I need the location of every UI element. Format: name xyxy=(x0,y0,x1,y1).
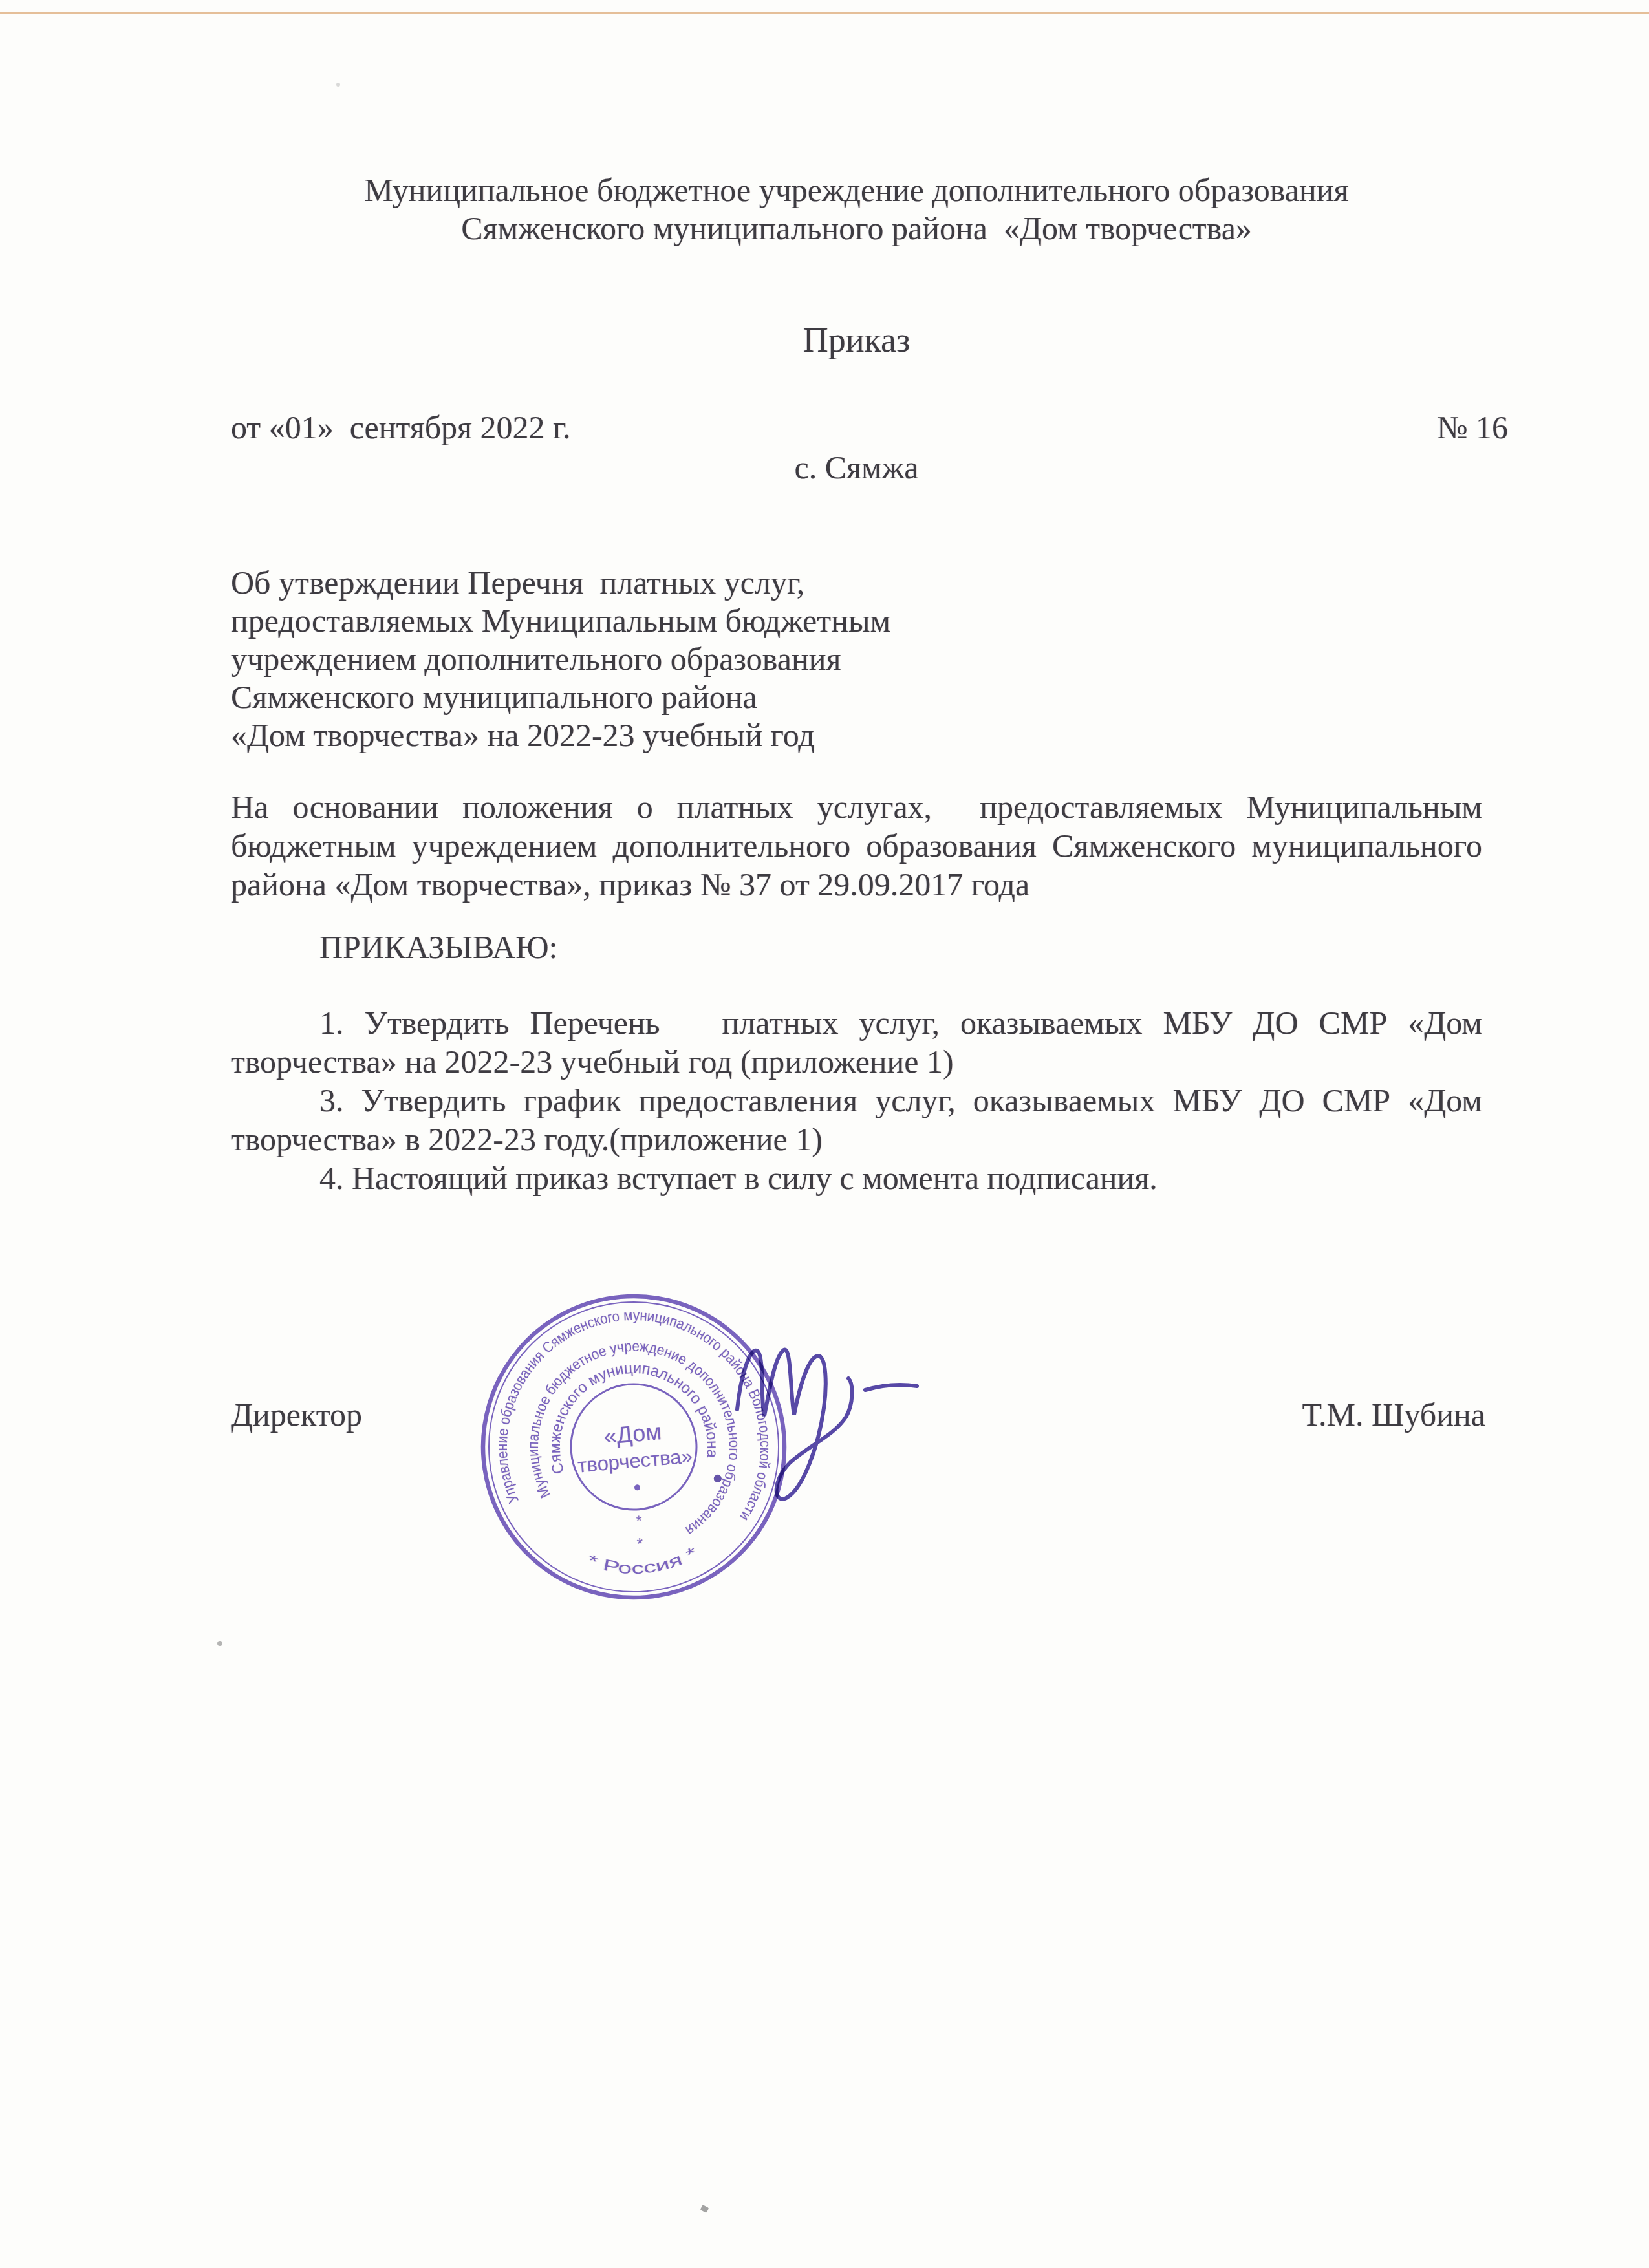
signature-name: Т.М. Шубина xyxy=(1302,1395,1485,1434)
document-page: Муниципальное бюджетное учреждение допол… xyxy=(0,0,1649,2268)
org-header-line1: Муниципальное бюджетное учреждение допол… xyxy=(231,171,1482,209)
order-keyword: ПРИКАЗЫВАЮ: xyxy=(319,928,557,967)
scan-speck xyxy=(217,1641,222,1646)
org-header: Муниципальное бюджетное учреждение допол… xyxy=(231,171,1482,248)
subject-line: предоставляемых Муниципальным бюджетным xyxy=(231,602,1201,640)
stamp-separator-star: * xyxy=(636,1535,644,1553)
scan-speck xyxy=(336,83,340,87)
date-line: от «01» сентября 2022 г. xyxy=(231,408,570,447)
order-item-4: 4. Настоящий приказ вступает в силу с мо… xyxy=(231,1159,1482,1197)
order-item-1: 1. Утвердить Перечень платных услуг, ока… xyxy=(231,1003,1482,1081)
date-row: от «01» сентября 2022 г. № 16 xyxy=(231,408,1508,447)
order-list: 1. Утвердить Перечень платных услуг, ока… xyxy=(231,1003,1482,1197)
subject-block: Об утверждении Перечня платных услуг, пр… xyxy=(231,564,1201,754)
doc-title: Приказ xyxy=(231,319,1482,361)
org-header-line2: Сямженского муниципального района «Дом т… xyxy=(231,209,1482,248)
subject-line: «Дом творчества» на 2022-23 учебный год xyxy=(231,716,1201,754)
subject-line: Сямженского муниципального района xyxy=(231,678,1201,716)
stamp-center-dot xyxy=(634,1484,641,1491)
place-line: с. Сямжа xyxy=(231,448,1482,487)
document-content: Муниципальное бюджетное учреждение допол… xyxy=(231,0,1482,2268)
subject-line: учреждением дополнительного образования xyxy=(231,640,1201,678)
signature-role: Директор xyxy=(231,1395,362,1434)
subject-line: Об утверждении Перечня платных услуг, xyxy=(231,564,1201,602)
basis-paragraph: На основании положения о платных услугах… xyxy=(231,787,1482,904)
order-item-3: 3. Утвердить график предоставления услуг… xyxy=(231,1081,1482,1159)
doc-number: № 16 xyxy=(1437,408,1508,447)
signature-ink xyxy=(640,1306,976,1519)
